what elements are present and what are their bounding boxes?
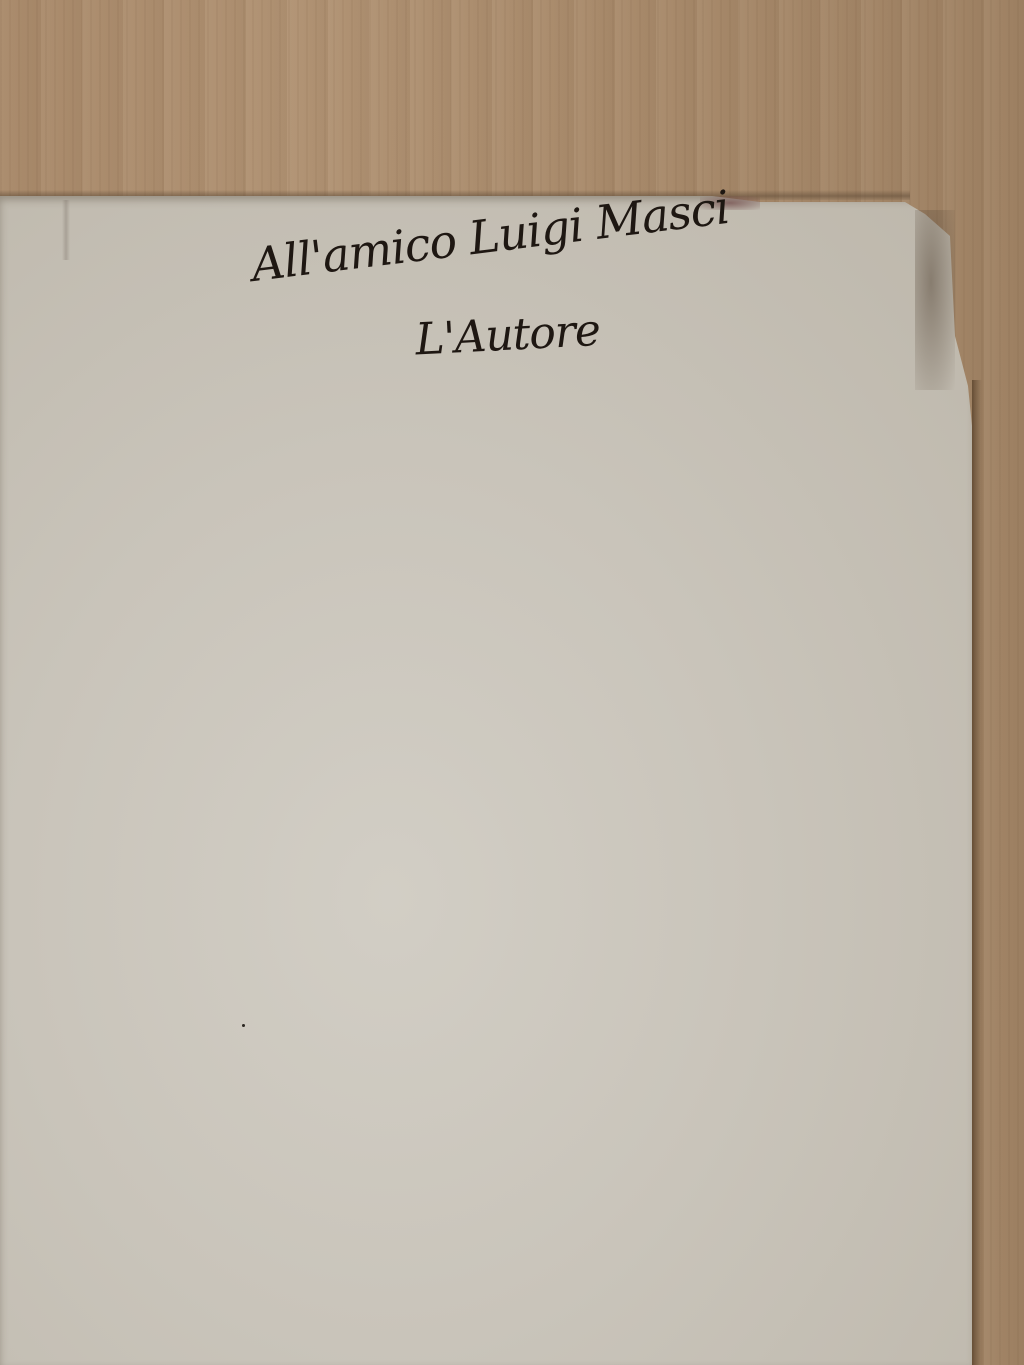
torn-corner: [915, 210, 955, 390]
paper-right-edge-shadow: [972, 380, 982, 1365]
paper-sheet: [0, 196, 975, 1365]
paper-fold-mark: [62, 200, 70, 260]
ink-speck: [242, 1024, 245, 1027]
handwritten-dedication: All'amico Luigi Masci L'Autore: [255, 228, 895, 353]
